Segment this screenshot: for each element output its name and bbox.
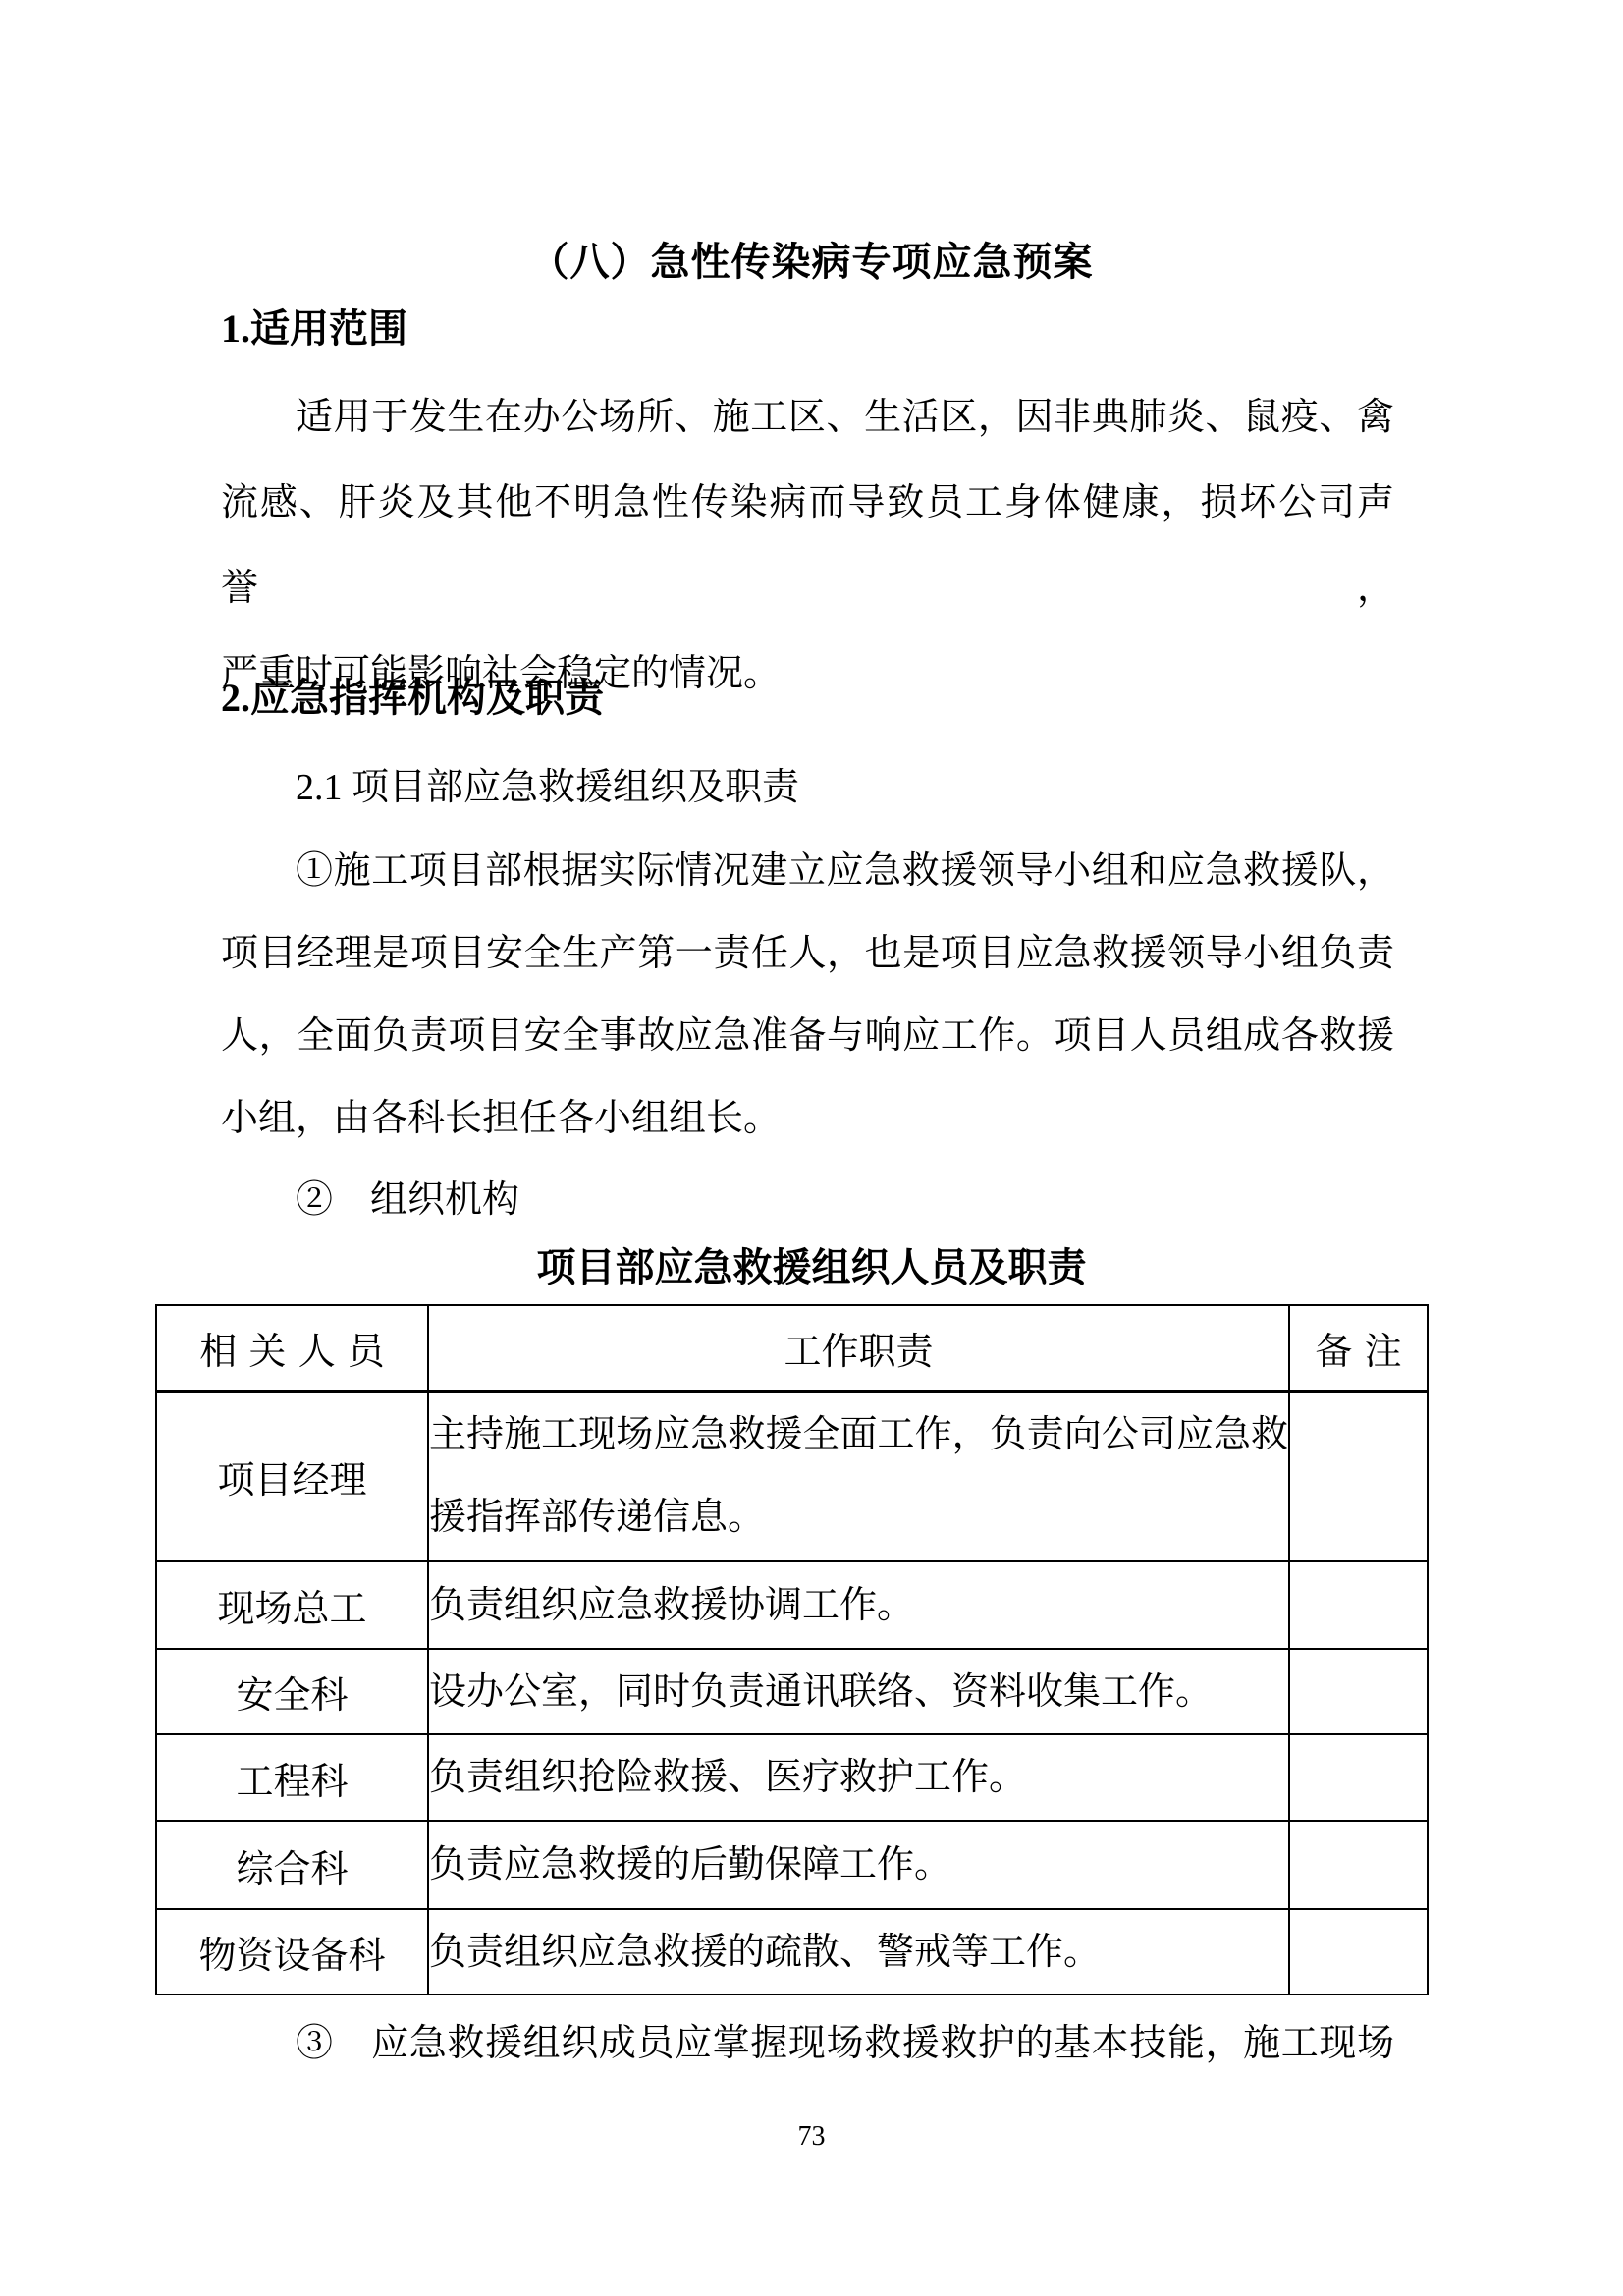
- paragraph-line: 人，全面负责项目安全事故应急准备与响应工作。项目人员组成各救援: [221, 995, 1394, 1077]
- cell-note: [1289, 1909, 1428, 1995]
- cell-role: 物资设备科: [156, 1909, 428, 1995]
- list-item-skills: ③ 应急救援组织成员应掌握现场救援救护的基本技能，施工现场: [221, 2024, 1394, 2063]
- section-heading-scope: 1.适用范围: [221, 309, 1438, 349]
- cell-note: [1289, 1734, 1428, 1821]
- paragraph-line: 适用于发生在办公场所、施工区、生活区，因非典肺炎、鼠疫、禽: [221, 375, 1394, 461]
- cell-role: 工程科: [156, 1734, 428, 1821]
- cell-note: [1289, 1391, 1428, 1561]
- cell-role: 项目经理: [156, 1391, 428, 1561]
- document-page: （八）急性传染病专项应急预案 1.适用范围 适用于发生在办公场所、施工区、生活区…: [0, 0, 1623, 2296]
- document-title: （八）急性传染病专项应急预案: [0, 243, 1623, 282]
- table-title: 项目部应急救援组织人员及职责: [0, 1248, 1623, 1287]
- table-row: 项目经理 主持施工现场应急救援全面工作，负责向公司应急救援指挥部传递信息。: [156, 1391, 1428, 1561]
- org-duty-table: 相关人员 工作职责 备注 项目经理 主持施工现场应急救援全面工作，负责向公司应急…: [155, 1304, 1429, 1995]
- cell-duty: 负责组织应急救援协调工作。: [428, 1561, 1289, 1649]
- cell-note: [1289, 1561, 1428, 1649]
- table-row: 物资设备科 负责组织应急救援的疏散、警戒等工作。: [156, 1909, 1428, 1995]
- table-header-role: 相关人员: [156, 1305, 428, 1391]
- cell-note: [1289, 1649, 1428, 1734]
- cell-duty: 负责组织应急救援的疏散、警戒等工作。: [428, 1909, 1289, 1995]
- page-number: 73: [0, 2123, 1623, 2151]
- paragraph-line: 流感、肝炎及其他不明急性传染病而导致员工身体健康，损坏公司声誉，: [221, 461, 1394, 631]
- paragraph-org: ①施工项目部根据实际情况建立应急救援领导小组和应急救援队， 项目经理是项目安全生…: [221, 830, 1394, 1160]
- table-header-note: 备注: [1289, 1305, 1428, 1391]
- subsection-heading: 2.1 项目部应急救援组织及职责: [221, 769, 1394, 806]
- paragraph-line: ①施工项目部根据实际情况建立应急救援领导小组和应急救援队，: [221, 830, 1394, 912]
- cell-role: 综合科: [156, 1821, 428, 1909]
- paragraph-line: 小组，由各科长担任各小组组长。: [221, 1077, 1394, 1160]
- table-header-duty: 工作职责: [428, 1305, 1289, 1391]
- cell-duty: 负责组织抢险救援、医疗救护工作。: [428, 1734, 1289, 1821]
- cell-duty: 设办公室，同时负责通讯联络、资料收集工作。: [428, 1649, 1289, 1734]
- cell-role: 安全科: [156, 1649, 428, 1734]
- list-item-org-structure: ② 组织机构: [221, 1181, 1394, 1219]
- table-row: 综合科 负责应急救援的后勤保障工作。: [156, 1821, 1428, 1909]
- table-row: 工程科 负责组织抢险救援、医疗救护工作。: [156, 1734, 1428, 1821]
- cell-role: 现场总工: [156, 1561, 428, 1649]
- paragraph-line: 项目经理是项目安全生产第一责任人，也是项目应急救援领导小组负责: [221, 912, 1394, 995]
- cell-note: [1289, 1821, 1428, 1909]
- table-row: 安全科 设办公室，同时负责通讯联络、资料收集工作。: [156, 1649, 1428, 1734]
- cell-duty: 主持施工现场应急救援全面工作，负责向公司应急救援指挥部传递信息。: [428, 1391, 1289, 1561]
- table-row: 现场总工 负责组织应急救援协调工作。: [156, 1561, 1428, 1649]
- paragraph-scope: 适用于发生在办公场所、施工区、生活区，因非典肺炎、鼠疫、禽 流感、肝炎及其他不明…: [221, 375, 1394, 717]
- table-header-row: 相关人员 工作职责 备注: [156, 1305, 1428, 1391]
- section-heading-command: 2.应急指挥机构及职责: [221, 679, 1438, 718]
- cell-duty: 负责应急救援的后勤保障工作。: [428, 1821, 1289, 1909]
